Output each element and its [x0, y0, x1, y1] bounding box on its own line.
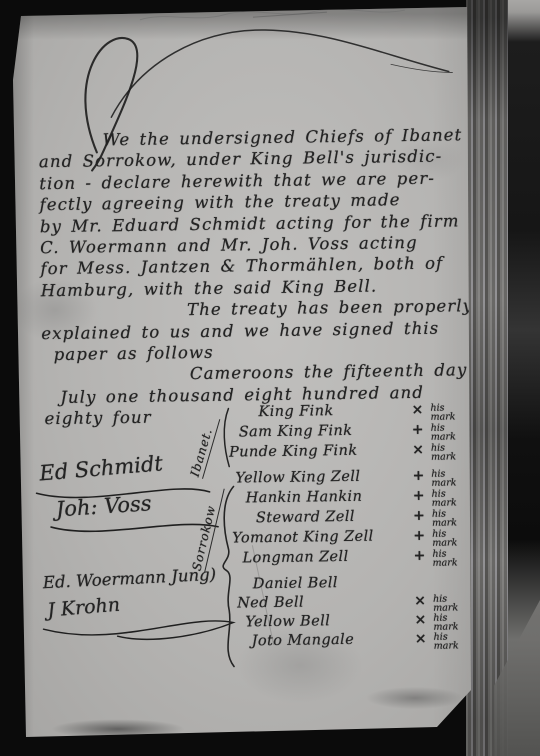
signer-name: Joto Mangale	[232, 631, 408, 649]
signer-name: Yellow King Zell	[229, 468, 405, 486]
signer-mark: +	[406, 528, 432, 544]
group-label-sorrokow: Sorrokow	[189, 485, 224, 572]
signer-mark: ×	[405, 442, 431, 458]
signer-mark: +	[405, 422, 431, 438]
signer-mark: ×	[407, 612, 433, 628]
signer-mark: +	[406, 488, 432, 504]
signer-mark: +	[406, 548, 432, 564]
signer-mark: ×	[407, 593, 433, 609]
signer-name: Ned Bell	[231, 593, 407, 611]
pencil-annotation-squiggle	[135, 0, 435, 30]
signer-row: Longman Zell + his mark	[230, 547, 478, 570]
signer-name: Yellow Bell	[231, 612, 407, 630]
signer-name: Sam King Fink	[229, 422, 405, 440]
treaty-body-text: We the undersigned Chiefs of Ibanet and …	[39, 124, 483, 430]
signer-name: Yomanot King Zell	[230, 528, 406, 546]
signature-j-krohn: J Krohn	[46, 594, 120, 622]
signer-name: Longman Zell	[230, 548, 406, 566]
book-fore-edge-shadow	[466, 0, 514, 756]
signature-ed-schmidt: Ed Schmidt	[38, 451, 163, 485]
signer-row: Punde King Fink × his mark	[229, 441, 477, 464]
signer-name: Hankin Hankin	[230, 488, 406, 506]
signer-mark: ×	[408, 631, 434, 647]
signer-name: Punde King Fink	[229, 442, 405, 460]
signature-joh-voss: Joh: Voss	[55, 491, 152, 521]
signer-name: Steward Zell	[230, 508, 406, 526]
signer-name: King Fink	[228, 402, 404, 420]
native-signatures-table: King Fink × his mark Sam King Fink + his…	[228, 401, 479, 652]
signer-mark: +	[406, 508, 432, 524]
signer-mark: ×	[404, 402, 430, 418]
signer-row: Joto Mangale × his mark	[232, 630, 480, 652]
manuscript-page: We the undersigned Chiefs of Ibanet and …	[0, 0, 540, 756]
archival-photo: We the undersigned Chiefs of Ibanet and …	[0, 0, 540, 756]
signer-name: Daniel Bell	[231, 574, 407, 592]
signer-mark: +	[405, 468, 431, 484]
